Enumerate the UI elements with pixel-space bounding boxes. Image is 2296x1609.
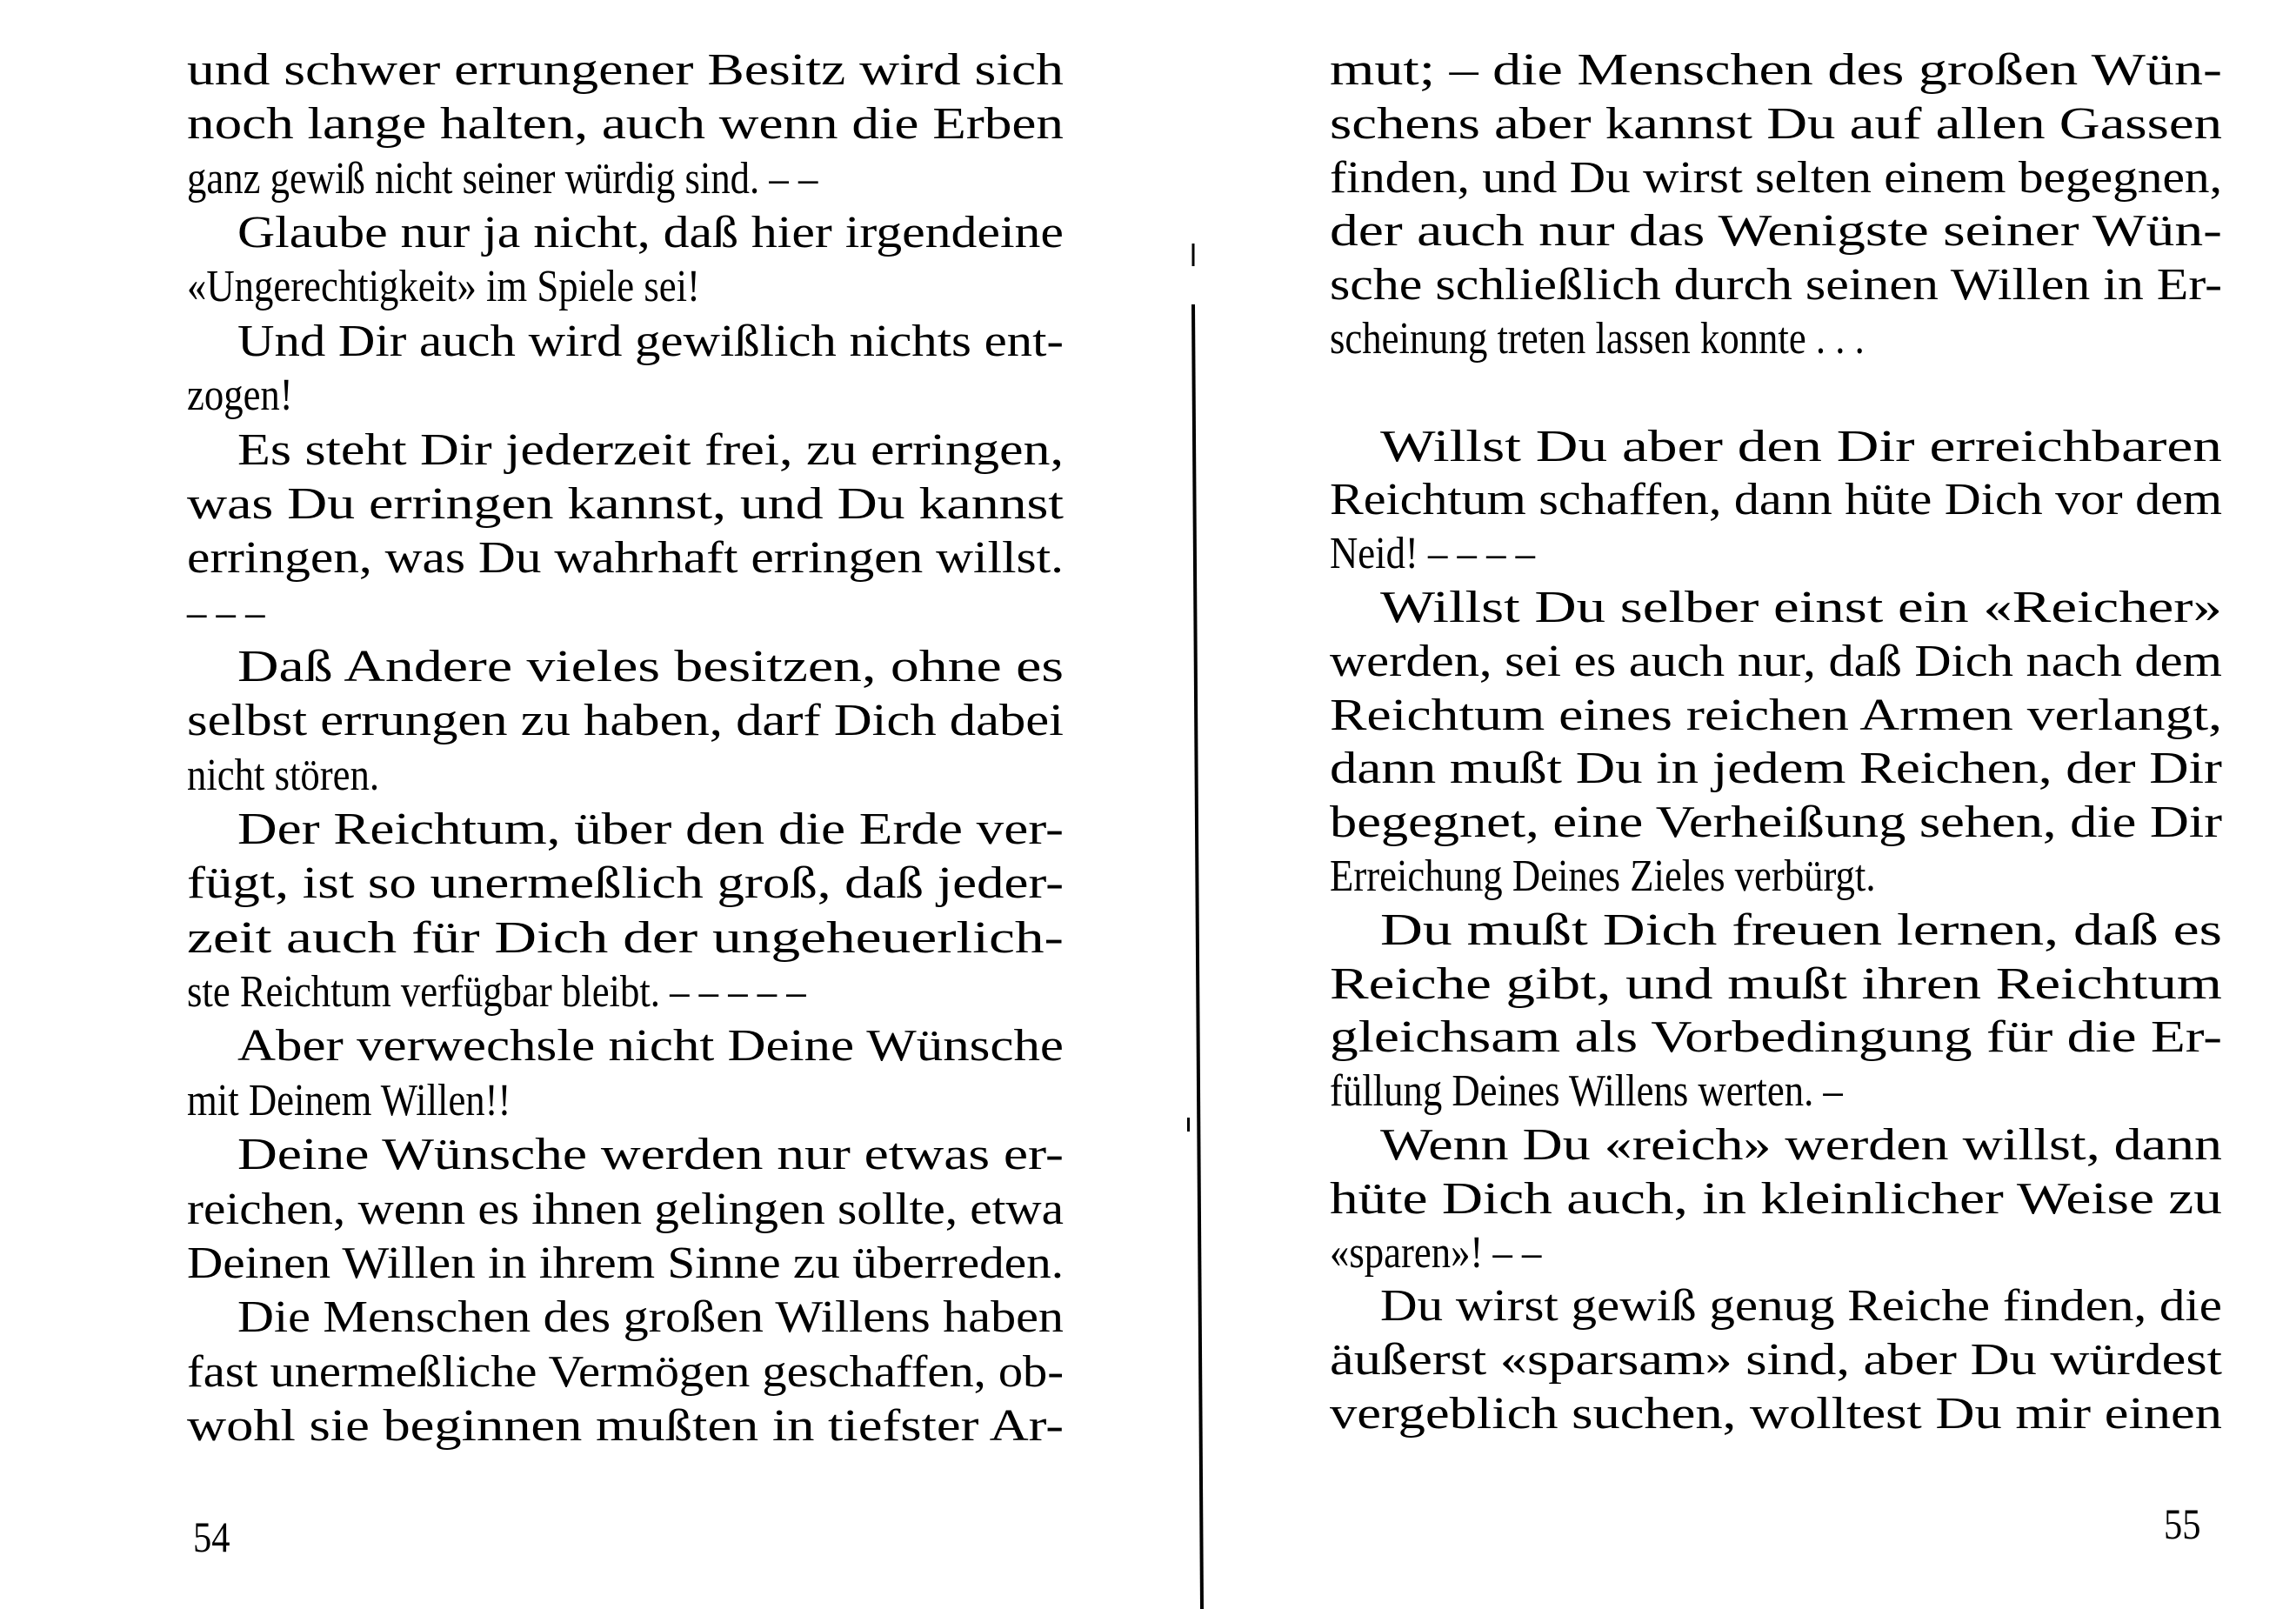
text-line: sche schließlich durch seinen Willen in …	[1330, 263, 2222, 308]
text-line: finden, und Du wirst selten einem begegn…	[1330, 156, 2222, 201]
text-line: Du mußt Dich freuen lernen, daß es	[1380, 908, 2222, 953]
text-line: gleichsam als Vorbedingung für die Er-	[1330, 1015, 2222, 1060]
text-line: dann mußt Du in jedem Reichen, der Dir	[1330, 746, 2222, 791]
text-line: füllung Deines Willens werten. –	[1330, 1069, 1843, 1114]
text-line: äußerst «sparsam» sind, aber Du würdest	[1330, 1338, 2222, 1383]
text-line: und schwer errungener Besitz wird sich	[187, 48, 1064, 93]
text-line: schens aber kannst Du auf allen Gassen	[1330, 102, 2222, 147]
text-line: Deine Wünsche werden nur etwas er-	[237, 1132, 1064, 1178]
text-line: Daß Andere vieles besitzen, ohne es	[237, 644, 1064, 690]
text-line: Glaube nur ja nicht, daß hier irgendeine	[237, 210, 1064, 256]
text-line: «Ungerechtigkeit» im Spiele sei!	[187, 264, 700, 310]
text-line: Neid! – – – –	[1330, 531, 1535, 577]
text-line: mut; – die Menschen des großen Wün-	[1330, 48, 2222, 93]
text-line: Es steht Dir jederzeit frei, zu erringen…	[237, 428, 1064, 473]
text-line: Und Dir auch wird gewißlich nichts ent-	[237, 319, 1064, 364]
text-line: Du wirst gewiß genug Reiche finden, die	[1380, 1284, 2222, 1329]
right-page: mut; – die Menschen des großen Wün-schen…	[1218, 0, 2296, 1609]
text-line: begegnet, eine Verheißung sehen, die Dir	[1330, 800, 2222, 845]
text-line: fügt, ist so unermeßlich groß, daß jeder…	[187, 861, 1064, 906]
text-line: Deinen Willen in ihrem Sinne zu überrede…	[187, 1241, 1064, 1286]
text-line: der auch nur das Wenigste seiner Wün-	[1330, 209, 2222, 254]
text-line: ste Reichtum verfügbar bleibt. – – – – –	[187, 970, 806, 1015]
text-line: ganz gewiß nicht seiner würdig sind. – –	[187, 157, 818, 202]
text-line: Willst Du selber einst ein «Reicher»	[1380, 585, 2222, 631]
text-line: wohl sie beginnen mußten in tiefster Ar-	[187, 1404, 1064, 1449]
left-page: und schwer errungener Besitz wird sichno…	[0, 0, 1165, 1609]
text-line: Reichtum eines reichen Armen verlangt,	[1330, 693, 2222, 738]
text-line: noch lange halten, auch wenn die Erben	[187, 102, 1064, 147]
text-line: erringen, was Du wahrhaft erringen wills…	[187, 536, 1064, 581]
text-line: Willst Du aber den Dir erreichbaren	[1380, 424, 2222, 470]
text-line: zeit auch für Dich der ungeheuerlich-	[187, 916, 1064, 961]
text-line: Reichtum schaffen, dann hüte Dich vor de…	[1330, 477, 2222, 523]
text-line: scheinung treten lassen konnte . . .	[1330, 317, 1865, 362]
text-line: hüte Dich auch, in kleinlicher Weise zu	[1330, 1177, 2222, 1222]
text-line: nicht stören.	[187, 753, 379, 798]
text-line: Aber verwechsle nicht Deine Wünsche	[237, 1024, 1064, 1069]
text-line: Der Reichtum, über den die Erde ver-	[237, 807, 1064, 852]
text-line: reichen, wenn es ihnen gelingen sollte, …	[187, 1187, 1064, 1232]
text-line: fast unermeßliche Vermögen geschaffen, o…	[187, 1350, 1064, 1395]
text-line: selbst errungen zu haben, darf Dich dabe…	[187, 698, 1064, 744]
text-line: Die Menschen des großen Willens haben	[237, 1295, 1064, 1340]
text-line: – – –	[187, 591, 264, 636]
text-line: Wenn Du «reich» werden willst, dann	[1380, 1123, 2222, 1168]
text-line: werden, sei es auch nur, daß Dich nach d…	[1330, 639, 2222, 684]
text-line: Erreichung Deines Zieles verbürgt.	[1330, 854, 1876, 899]
text-line: «sparen»! – –	[1330, 1231, 1541, 1276]
text-line: Reiche gibt, und mußt ihren Reichtum	[1330, 962, 2222, 1007]
text-line: mit Deinem Willen!!	[187, 1078, 511, 1124]
text-line: was Du erringen kannst, und Du kannst	[187, 482, 1064, 527]
text-line: vergeblich suchen, wolltest Du mir einen	[1330, 1392, 2222, 1437]
left-page-number: 54	[193, 1515, 230, 1559]
right-page-number: 55	[2164, 1502, 2201, 1546]
text-line: zogen!	[187, 373, 293, 418]
